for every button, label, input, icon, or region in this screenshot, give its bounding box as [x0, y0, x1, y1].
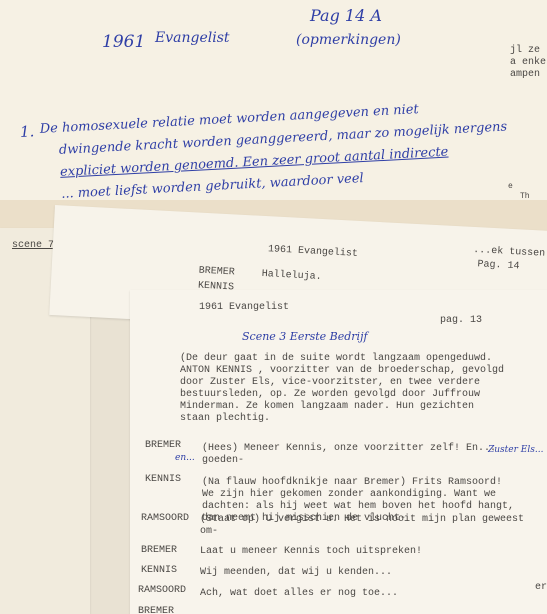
dialogue-line: Wij meenden, dat wij u kenden...	[200, 567, 392, 578]
stage-direction: (De deur gaat in de suite wordt langzaam…	[180, 353, 492, 364]
page-13: 1961 Evangelist pag. 13 Scene 3 Eerste B…	[130, 290, 547, 614]
speaker-name: BREMER	[141, 545, 177, 556]
dialogue-line: Laat u meneer Kennis toch uitspreken!	[200, 546, 422, 557]
speaker-name: BREMER	[198, 266, 235, 279]
stage-direction: door Zuster Els, vice-voorzitster, en tw…	[180, 377, 480, 388]
stage-direction: ANTON KENNIS , voorzitter van de broeder…	[180, 365, 504, 376]
dialogue-line: We zijn hier gekomen zonder aankondiging…	[202, 489, 496, 500]
typed-fragment: e	[508, 182, 513, 191]
dialogue-line: dachten: als hij weet wat hem boven het …	[202, 501, 514, 512]
annotation: en...	[175, 453, 195, 463]
dialogue-line: (Na flauw hoofdknikje naar Bremer) Frits…	[202, 477, 502, 488]
page-number: pag. 13	[440, 315, 482, 326]
stage-direction: bestuursleden, op. Ze worden gevolgd doo…	[180, 389, 480, 400]
stage-direction: staan plechtig.	[180, 413, 270, 424]
dialogue-line: Halleluja.	[261, 269, 322, 283]
page-number: Pag. 14	[477, 259, 520, 272]
handwritten-scene: Scene 3 Eerste Bedrijf	[242, 330, 368, 343]
page-fragment: ...ek tussen	[473, 245, 545, 260]
handwritten-year: 1961	[102, 32, 145, 52]
dialogue-line: (Staat op) U vergist u. Het is nooit mij…	[200, 514, 524, 525]
speaker-name: KENNIS	[141, 565, 177, 576]
typed-fragment: jl ze	[510, 45, 540, 56]
speaker-name: RAMSOORD	[138, 585, 186, 596]
speaker-name: BREMER	[138, 606, 174, 614]
dialogue-line: om-	[200, 526, 218, 537]
typed-fragment: a enkel	[510, 57, 547, 68]
right-edge-fragment: er	[535, 582, 547, 593]
page-header: 1961 Evangelist	[199, 302, 289, 313]
speaker-name: KENNIS	[145, 474, 181, 485]
stage-direction: Minderman. Ze komen langzaam nader. Hun …	[180, 401, 474, 412]
annotation: Zuster Els...	[488, 445, 543, 455]
remarks-page: 1961 Evangelist Pag 14 A (opmerkingen) j…	[0, 0, 547, 215]
handwritten-page: Pag 14 A	[310, 6, 382, 25]
speaker-name: BREMER	[145, 440, 181, 451]
handwritten-subtitle: (opmerkingen)	[296, 32, 401, 48]
note-number: 1.	[19, 122, 34, 141]
speaker-name: RAMSOORD	[141, 513, 189, 524]
scene-label: scene 7	[12, 240, 54, 251]
typed-fragment: ampen	[510, 69, 540, 80]
page-header: 1961 Evangelist	[268, 244, 358, 260]
handwritten-title: Evangelist	[155, 30, 230, 46]
dialogue-line: goeden-	[202, 455, 244, 466]
dialogue-line: (Hees) Meneer Kennis, onze voorzitter ze…	[202, 443, 496, 454]
dialogue-line: Ach, wat doet alles er nog toe...	[200, 588, 398, 599]
